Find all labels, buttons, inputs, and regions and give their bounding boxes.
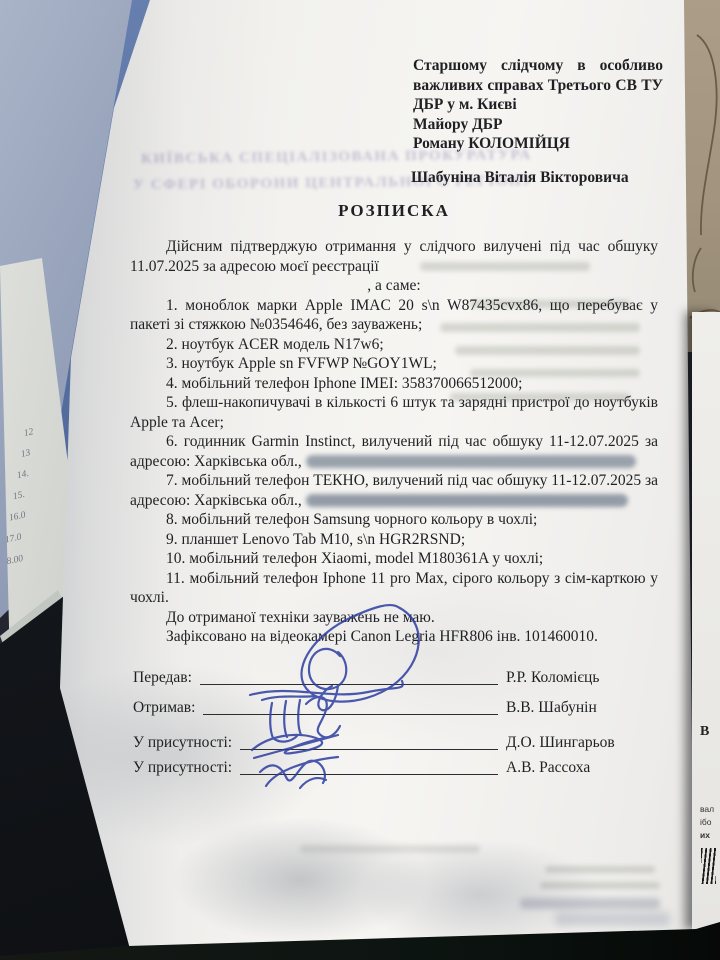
barcode [701, 848, 716, 884]
redaction-smudge [306, 494, 628, 507]
right-paper-letter: В [700, 724, 709, 740]
signature-name: А.В. Рассоха [506, 758, 658, 778]
signature-block: Передав: Р.Р. Коломієць Отримав: В.В. Ша… [133, 666, 658, 777]
signature-line [200, 669, 498, 685]
underlying-right-paper: В вал ібо их [692, 312, 720, 930]
list-item: 4. мобільний телефон Iphone IMEI: 358370… [130, 374, 658, 394]
intro-paragraph: Дійсним підтверджую отримання у слідчого… [130, 237, 658, 276]
signature-label: Передав: [133, 668, 192, 688]
document-body: Дійсним підтверджую отримання у слідчого… [130, 237, 658, 627]
page-edge-number: 15. [12, 490, 26, 502]
page-edge-number: 14. [16, 469, 30, 481]
bleedthrough-mark [300, 845, 480, 853]
signature-label: У присутності: [133, 758, 232, 778]
page-edge-number: 16.0 [8, 510, 26, 523]
signature-row-peredav: Передав: Р.Р. Коломієць [133, 666, 658, 687]
list-item: 10. мобільний телефон Xiaomi, model M180… [130, 549, 658, 569]
list-item: 3. ноутбук Apple sn FVFWP №GOY1WL; [130, 354, 658, 374]
document-title: РОЗПИСКА [130, 201, 658, 221]
list-item: 11. мобільний телефон Iphone 11 pro Max,… [130, 569, 658, 608]
bleedthrough-mark [545, 866, 655, 873]
right-paper-text-fragment: их [700, 830, 710, 840]
signature-row-otrymav: Отримав: В.В. Шабунін [133, 696, 658, 717]
redaction-smudge [306, 455, 636, 468]
signature-name: Р.Р. Коломієць [506, 668, 658, 688]
signature-line [203, 699, 498, 715]
page-edge-number: 12 [23, 427, 34, 439]
addressee-line: Старшому слідчому в особливо важливих сп… [413, 56, 663, 115]
right-paper-text-fragment: вал [700, 804, 714, 814]
list-item: 6. годинник Garmin Instinct, вилучений п… [130, 432, 658, 471]
bleedthrough-mark [555, 912, 670, 926]
list-item: 7. мобільний телефон ТЕКНО, вилучений пі… [130, 471, 658, 510]
signature-row-witness-1: У присутності: Д.О. Шингарьов [133, 731, 658, 752]
document-content: КИЇВСЬКА СПЕЦІАЛІЗОВАНА ПРОКУРАТУРА У СФ… [0, 0, 720, 960]
no-complaints-line: До отриманої техніки зауважень не маю. [130, 608, 658, 628]
intro-continuation: , а саме: [130, 276, 658, 296]
bleedthrough-mark [520, 898, 660, 909]
signature-row-witness-2: У присутності: А.В. Рассоха [133, 756, 658, 777]
list-item: 2. ноутбук ACER модель N17w6; [130, 335, 658, 355]
video-recorded-line: Зафіксовано на відеокамері Canon Legria … [130, 627, 658, 647]
signature-line [240, 759, 498, 775]
list-item: 1. моноблок марки Apple IMAC 20 s\n W874… [130, 296, 658, 335]
bleedthrough-mark [540, 882, 660, 889]
addressee-line: Майору ДБР [413, 115, 663, 135]
list-item: 9. планшет Lenovo Tab M10, s\n HGR2RSND; [130, 530, 658, 550]
list-item: 8. мобільний телефон Samsung чорного кол… [130, 510, 658, 530]
signature-name: Д.О. Шингарьов [506, 733, 658, 753]
signature-line [240, 734, 498, 750]
signature-label: У присутності: [133, 733, 232, 753]
addressee-block: Старшому слідчому в особливо важливих сп… [413, 56, 663, 154]
list-item: 5. флеш-накопичувачі в кількості 6 штук … [130, 393, 658, 432]
receipt-document-sheet: КИЇВСЬКА СПЕЦІАЛІЗОВАНА ПРОКУРАТУРА У СФ… [0, 0, 720, 960]
photo-of-document: 12 13 14. 15. 16.0 17.0 18.00 КИЇВСЬКА С… [0, 0, 720, 960]
declarant-name: Шабуніна Віталія Вікторовича [411, 168, 671, 188]
signature-label: Отримав: [133, 698, 195, 718]
addressee-line: Роману КОЛОМІЙЦЯ [413, 134, 663, 154]
signature-name: В.В. Шабунін [506, 698, 658, 718]
page-edge-number: 13 [20, 448, 31, 460]
right-paper-text-fragment: ібо [700, 817, 711, 827]
